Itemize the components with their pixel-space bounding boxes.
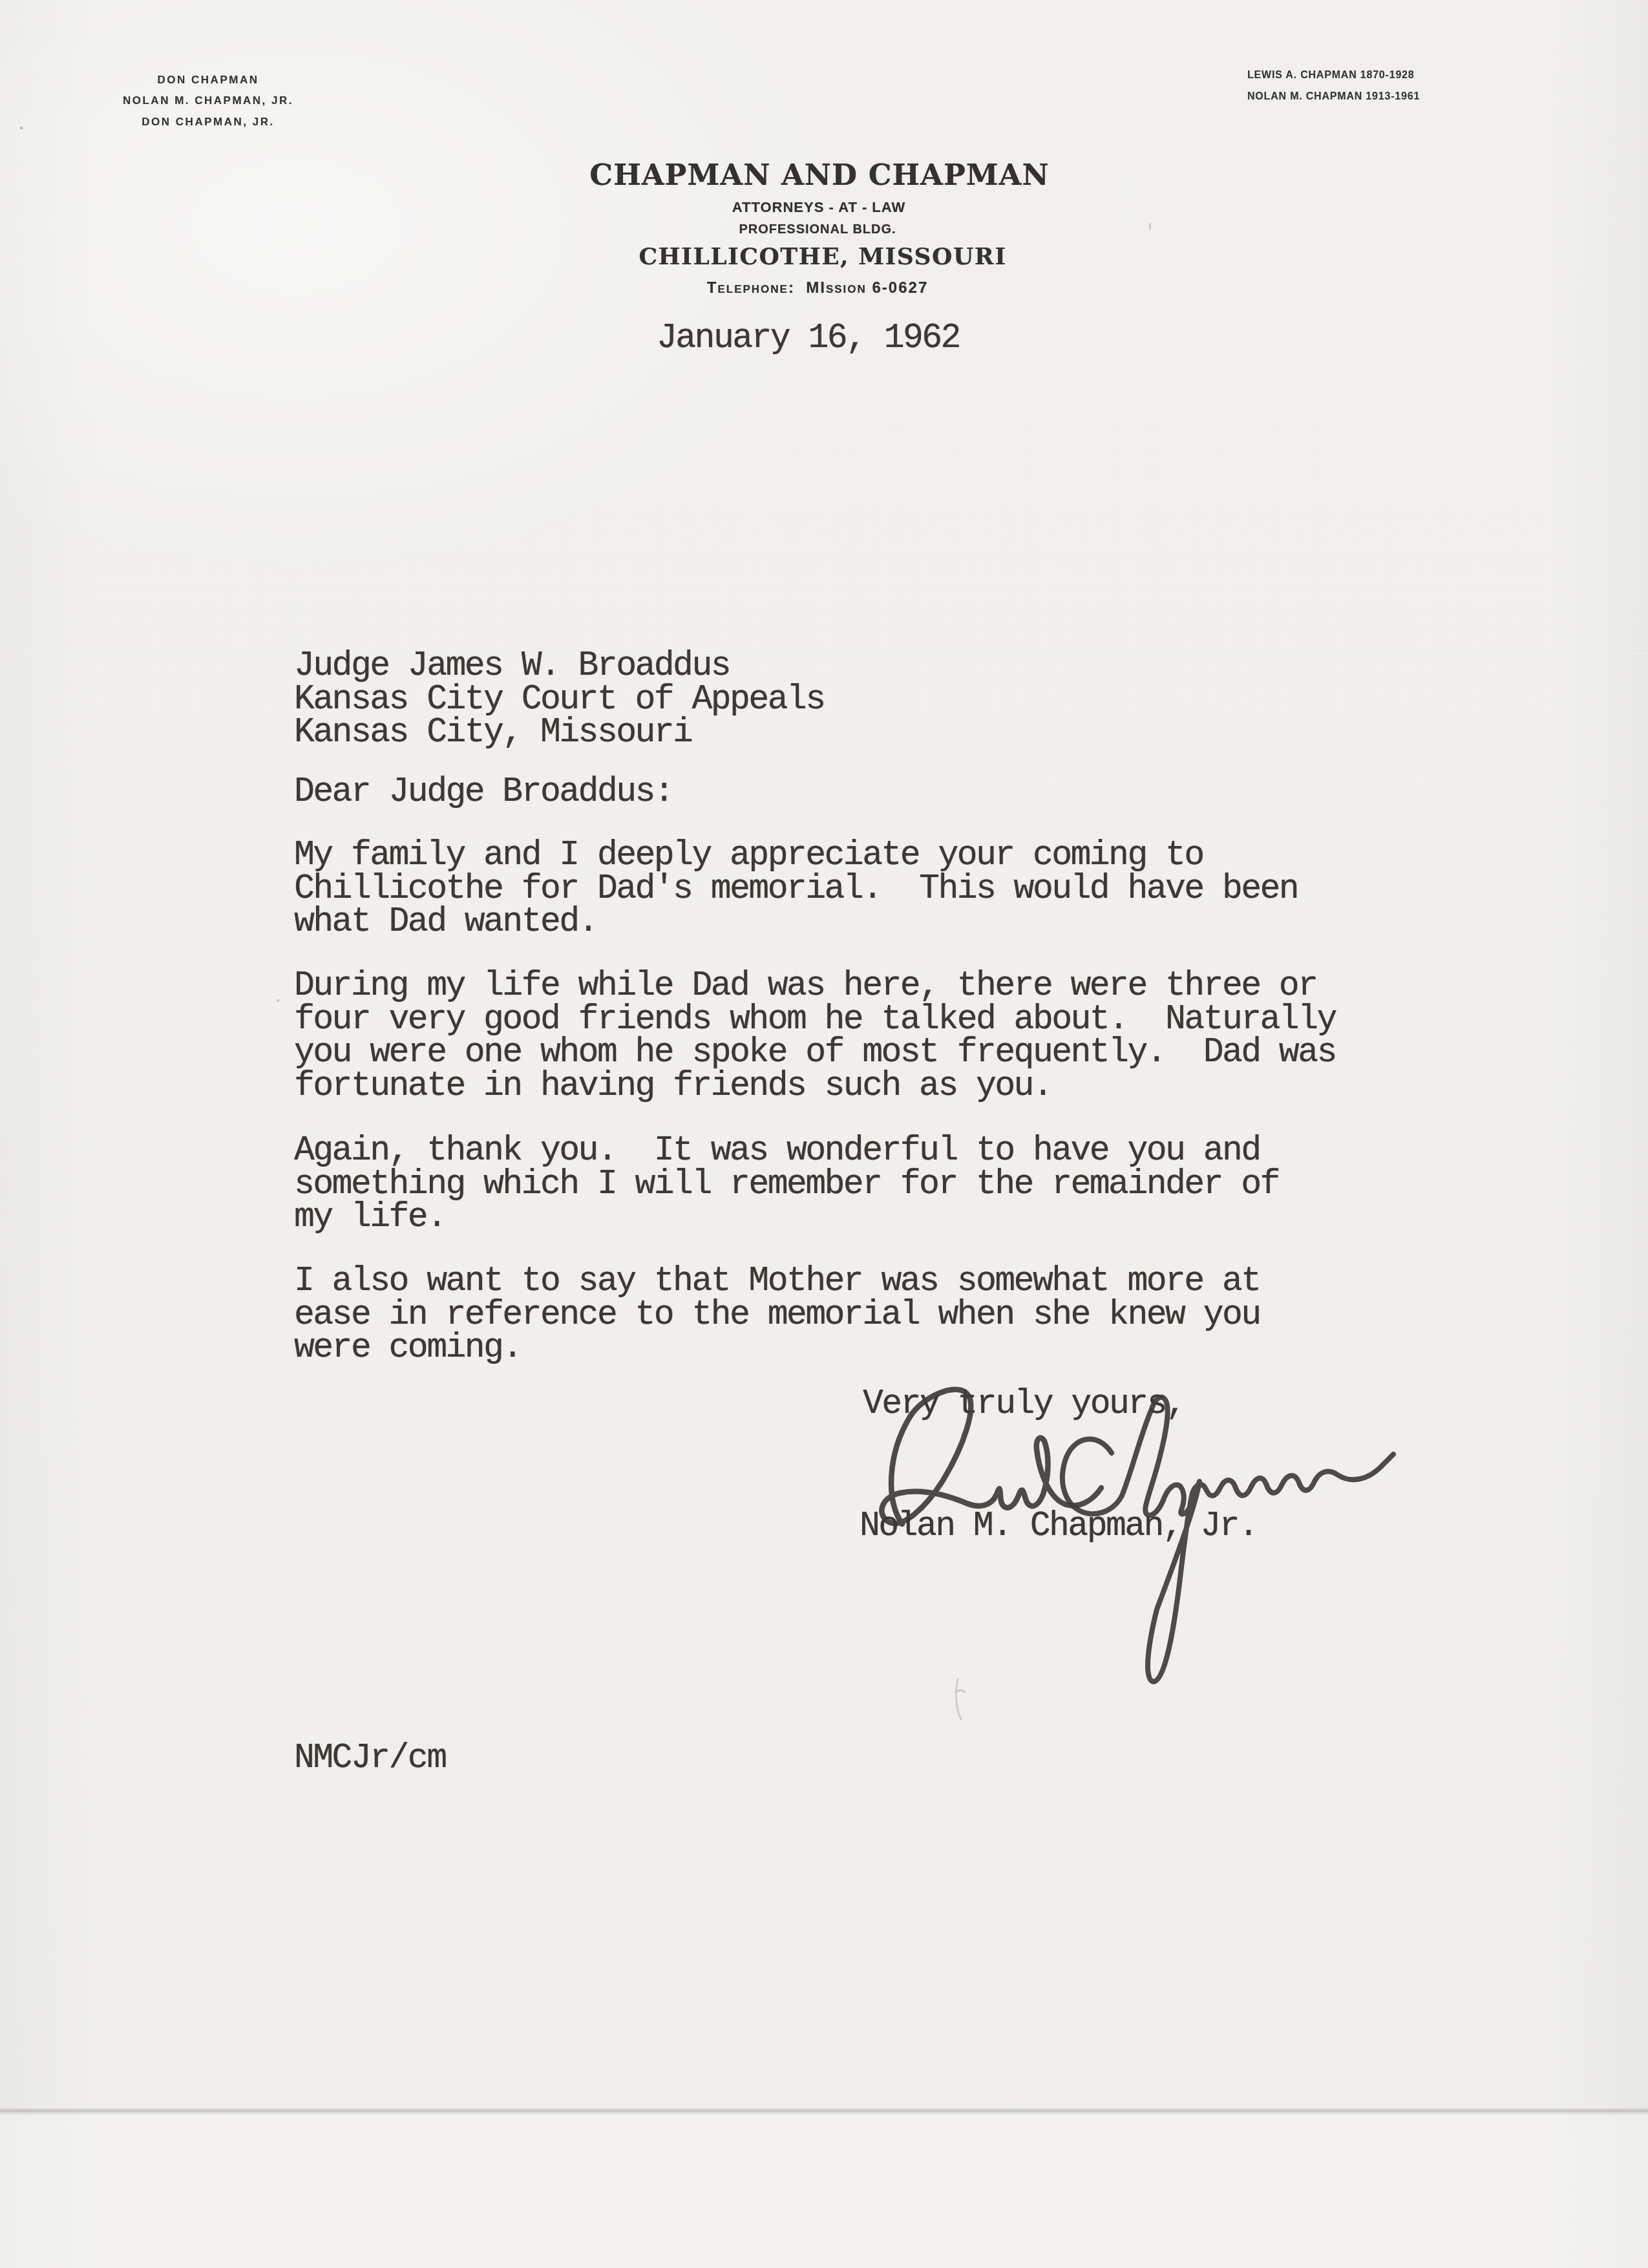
letter-page: DON CHAPMAN NOLAN M. CHAPMAN, JR. DON CH…	[0, 0, 1648, 2268]
paragraph-2: During my life while Dad was here, there…	[294, 970, 1336, 1103]
paper-speck	[277, 999, 279, 1002]
letterhead-firm-name: CHAPMAN AND CHAPMAN	[0, 160, 1639, 191]
date-line: January 16, 1962	[657, 322, 960, 355]
recipient-address: Judge James W. Broaddus Kansas City Cour…	[294, 650, 825, 750]
paragraph-4: I also want to say that Mother was somew…	[294, 1265, 1260, 1365]
letterhead-memorial-names-right: LEWIS A. CHAPMAN 1870-1928 NOLAN M. CHAP…	[1247, 65, 1583, 108]
typist-reference-initials: NMCJr/cm	[294, 1742, 445, 1775]
fold-crease-bottom	[0, 2108, 1648, 2115]
salutation: Dear Judge Broaddus:	[294, 776, 673, 809]
letterhead-building: PROFESSIONAL BLDG.	[0, 222, 1635, 237]
letterhead-city: CHILLICOTHE, MISSOURI	[0, 244, 1645, 269]
handwritten-signature	[860, 1377, 1415, 1726]
paragraph-1: My family and I deeply appreciate your c…	[294, 839, 1298, 939]
below-fold-paper	[0, 2115, 1648, 2268]
letterhead-partner-names-left: DON CHAPMAN NOLAN M. CHAPMAN, JR. DON CH…	[59, 70, 357, 132]
paragraph-3: Again, thank you. It was wonderful to ha…	[294, 1134, 1279, 1235]
letterhead-tagline: ATTORNEYS - AT - LAW	[0, 200, 1638, 215]
typed-signature-name: Nolan M. Chapman, Jr.	[860, 1510, 1257, 1543]
letterhead-telephone: Telephone: MIssion 6-0627	[0, 280, 1635, 297]
paper-speck	[20, 127, 23, 129]
